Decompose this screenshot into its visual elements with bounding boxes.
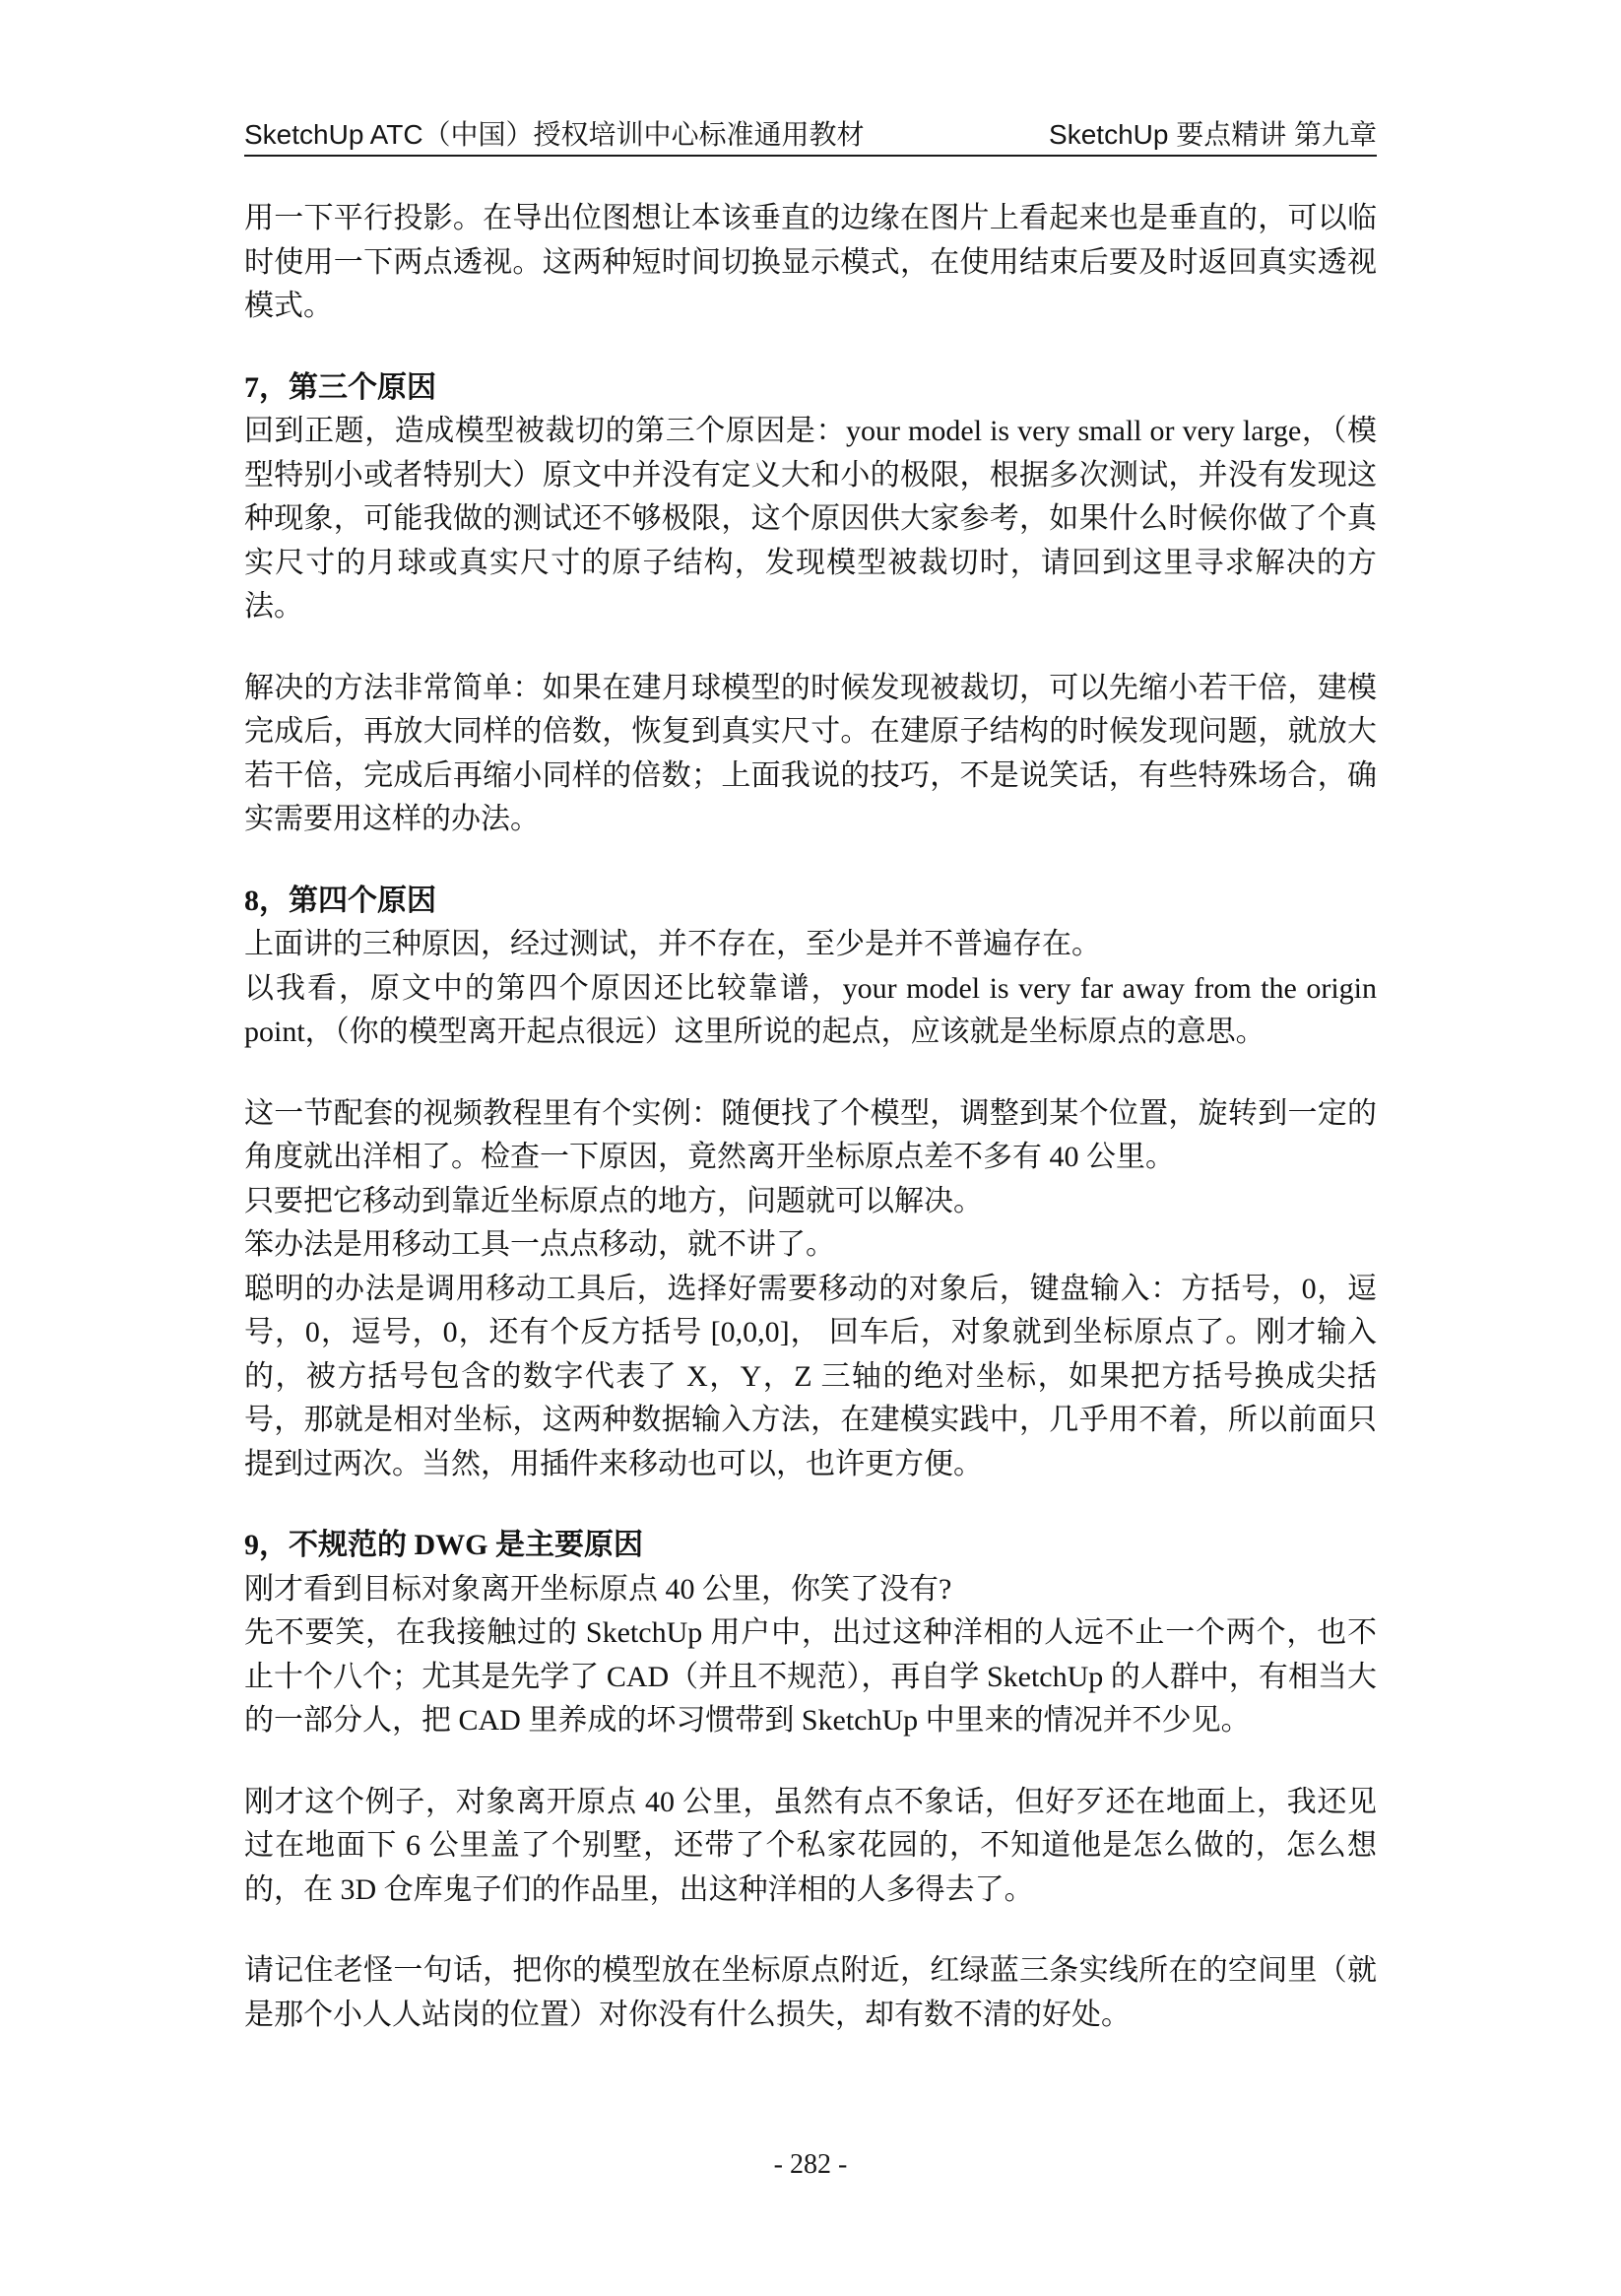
body-paragraph: 上面讲的三种原因，经过测试，并不存在，至少是并不普遍存在。	[244, 923, 1377, 967]
body-paragraph: 刚才看到目标对象离开坐标原点 40 公里，你笑了没有?	[244, 1568, 1377, 1612]
page-number: - 282 -	[774, 2149, 848, 2180]
body-paragraph: 刚才这个例子，对象离开原点 40 公里，虽然有点不象话，但好歹还在地面上，我还见…	[244, 1781, 1377, 1913]
body-paragraph: 只要把它移动到靠近坐标原点的地方，问题就可以解决。	[244, 1180, 1377, 1224]
body-paragraph: 聪明的办法是调用移动工具后，选择好需要移动的对象后，键盘输入：方括号，0，逗号，…	[244, 1268, 1377, 1487]
paragraph-group: 刚才这个例子，对象离开原点 40 公里，虽然有点不象话，但好歹还在地面上，我还见…	[244, 1781, 1377, 1913]
body-paragraph: 先不要笑，在我接触过的 SketchUp 用户中，出过这种洋相的人远不止一个两个…	[244, 1611, 1377, 1743]
paragraph-group: 这一节配套的视频教程里有个实例：随便找了个模型，调整到某个位置，旋转到一定的角度…	[244, 1092, 1377, 1487]
body-paragraph: 回到正题，造成模型被裁切的第三个原因是：your model is very s…	[244, 410, 1377, 629]
header-left-title: SketchUp ATC（中国）授权培训中心标准通用教材	[244, 119, 865, 151]
header-right-title: SketchUp 要点精讲 第九章	[1049, 119, 1377, 151]
page-footer: - 282 -	[0, 2150, 1621, 2180]
body-paragraph: 解决的方法非常简单：如果在建月球模型的时候发现被裁切，可以先缩小若干倍，建模完成…	[244, 667, 1377, 842]
paragraph-group: 刚才看到目标对象离开坐标原点 40 公里，你笑了没有?先不要笑，在我接触过的 S…	[244, 1568, 1377, 1743]
paragraph-group: 回到正题，造成模型被裁切的第三个原因是：your model is very s…	[244, 410, 1377, 629]
body-paragraph: 笨办法是用移动工具一点点移动，就不讲了。	[244, 1223, 1377, 1268]
body-paragraph: 请记住老怪一句话，把你的模型放在坐标原点附近，红绿蓝三条实线所在的空间里（就是那…	[244, 1949, 1377, 2037]
paragraph-group: 用一下平行投影。在导出位图想让本该垂直的边缘在图片上看起来也是垂直的，可以临时使…	[244, 197, 1377, 329]
body-paragraph: 用一下平行投影。在导出位图想让本该垂直的边缘在图片上看起来也是垂直的，可以临时使…	[244, 197, 1377, 329]
section-heading: 9，不规范的 DWG 是主要原因	[244, 1524, 1377, 1568]
paragraph-group: 请记住老怪一句话，把你的模型放在坐标原点附近，红绿蓝三条实线所在的空间里（就是那…	[244, 1949, 1377, 2037]
body-paragraph: 以我看，原文中的第四个原因还比较靠谱，your model is very fa…	[244, 967, 1377, 1055]
paragraph-group: 解决的方法非常简单：如果在建月球模型的时候发现被裁切，可以先缩小若干倍，建模完成…	[244, 667, 1377, 842]
body-paragraph: 这一节配套的视频教程里有个实例：随便找了个模型，调整到某个位置，旋转到一定的角度…	[244, 1092, 1377, 1180]
document-page: SketchUp ATC（中国）授权培训中心标准通用教材 SketchUp 要点…	[0, 0, 1621, 2296]
paragraph-group: 上面讲的三种原因，经过测试，并不存在，至少是并不普遍存在。以我看，原文中的第四个…	[244, 923, 1377, 1055]
page-header: SketchUp ATC（中国）授权培训中心标准通用教材 SketchUp 要点…	[244, 119, 1377, 157]
document-body: 用一下平行投影。在导出位图想让本该垂直的边缘在图片上看起来也是垂直的，可以临时使…	[244, 197, 1377, 2074]
section-heading: 8，第四个原因	[244, 880, 1377, 924]
section-heading: 7，第三个原因	[244, 366, 1377, 411]
